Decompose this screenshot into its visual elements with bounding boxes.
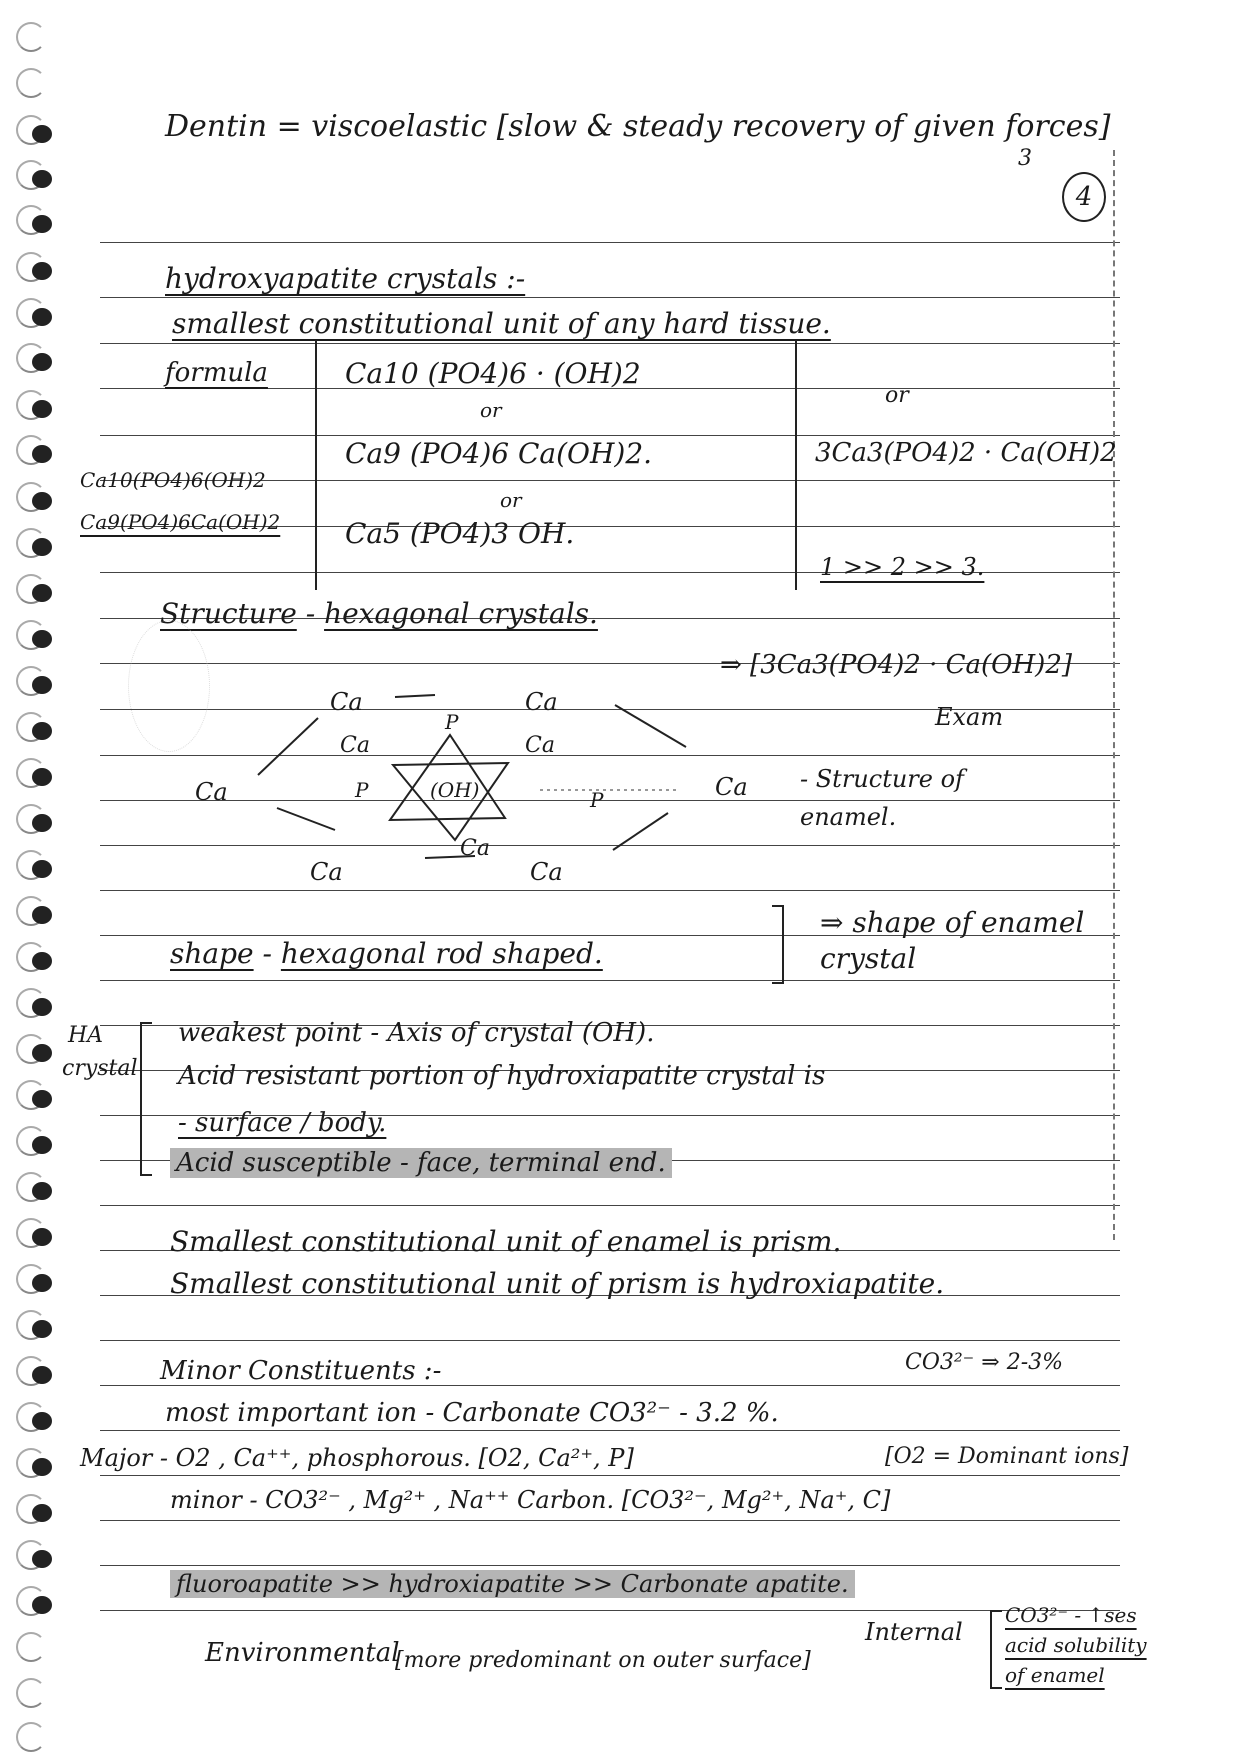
shape-note: ⇒ shape of enamel crystal [820, 905, 1120, 978]
diagram-ca-6: Ca [715, 775, 748, 799]
diagram-ca-2: Ca [525, 690, 558, 714]
crystal-line-3: - surface / body. [178, 1110, 386, 1136]
internal-note-2: acid solubility [1005, 1635, 1147, 1655]
internal-note-3: of enamel [1005, 1665, 1105, 1685]
crystal-line-2: Acid resistant portion of hydroxiapatite… [178, 1063, 825, 1089]
structure-side-note: - Structure of enamel. [800, 760, 1050, 837]
crystal-line-4-highlighted: Acid susceptible - face, terminal end. [170, 1148, 672, 1178]
internal-label: Internal [865, 1620, 963, 1644]
shape-value: hexagonal rod shaped. [281, 937, 603, 970]
minor-top-note: CO3²⁻ ⇒ 2-3% [905, 1352, 1063, 1374]
diagram-p-left: P [355, 780, 368, 800]
internal-note-1: CO3²⁻ - ↑ses [1005, 1605, 1137, 1625]
diagram-p-right: P [590, 790, 603, 810]
diagram-ca-8: Ca [310, 860, 343, 884]
shape-row: shape - hexagonal rod shaped. [170, 940, 603, 968]
diagram-ca-9: Ca [530, 860, 563, 884]
apatite-order-highlighted: fluoroapatite >> hydroxiapatite >> Carbo… [170, 1570, 855, 1598]
diagram-p-top: P [445, 712, 458, 732]
minor-line-3: minor - CO3²⁻ , Mg²⁺ , Na⁺⁺ Carbon. [CO3… [170, 1488, 890, 1512]
shape-label: shape [170, 937, 254, 970]
diagram-ca-1: Ca [330, 690, 363, 714]
minor-title: Minor Constituents :- [160, 1358, 441, 1384]
minor-line-1: most important ion - Carbonate CO3²⁻ - 3… [165, 1400, 779, 1426]
crystal-side-label-1: HA [68, 1025, 103, 1047]
units-line-2: Smallest constitutional unit of prism is… [170, 1270, 944, 1298]
environmental-label: Environmental [205, 1640, 400, 1666]
environmental-note: [more predominant on outer surface] [395, 1650, 811, 1672]
diagram-oh: (OH) [430, 780, 479, 800]
diagram-ca-3: Ca [340, 735, 370, 757]
minor-line-2: Major - O2 , Ca⁺⁺, phosphorous. [O2, Ca²… [80, 1446, 634, 1470]
crystal-line-1: weakest point - Axis of crystal (OH). [178, 1020, 654, 1046]
diagram-ca-4: Ca [525, 735, 555, 757]
diagram-ca-5: Ca [195, 780, 228, 804]
diagram-ca-7: Ca [460, 838, 490, 860]
crystal-side-label-2: crystal [62, 1058, 138, 1080]
units-line-1: Smallest constitutional unit of enamel i… [170, 1228, 841, 1256]
minor-right-note: [O2 = Dominant ions] [885, 1446, 1128, 1468]
notebook-page: Dentin = viscoelastic [slow & steady rec… [0, 0, 1240, 1755]
